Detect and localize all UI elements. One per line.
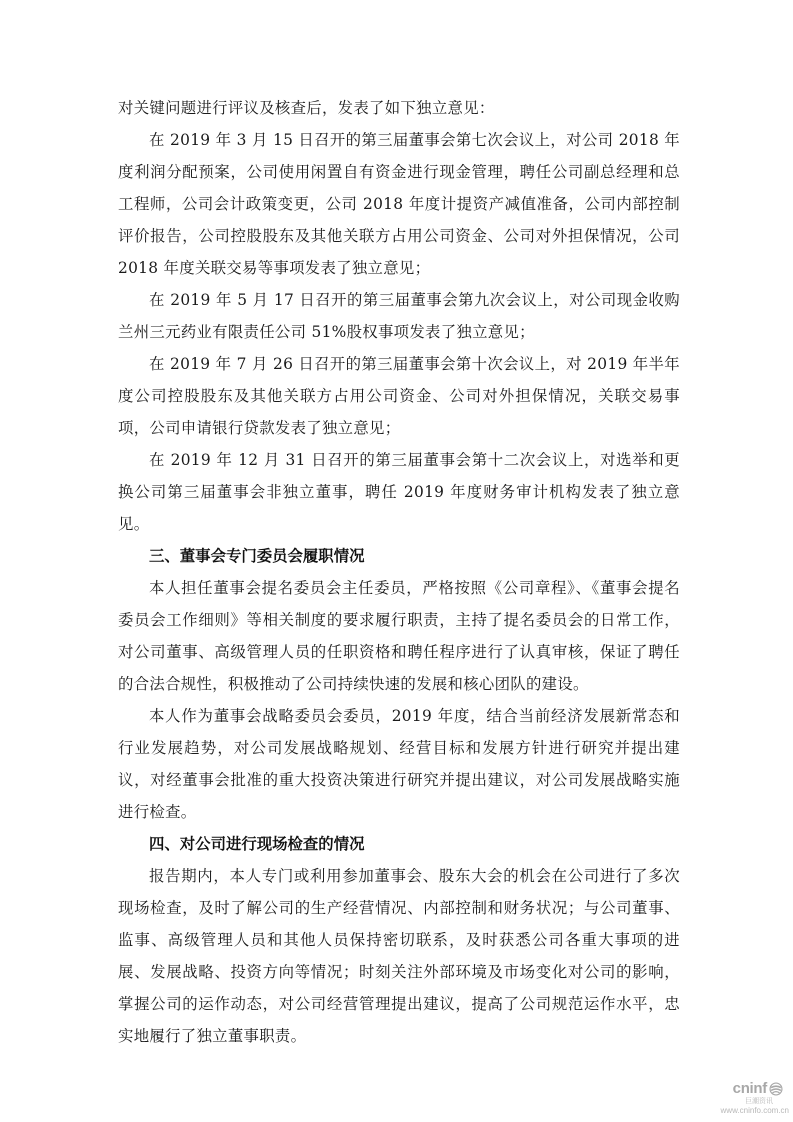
cninfo-swirl-icon	[769, 1082, 783, 1096]
watermark-chinese-name: 巨潮资讯	[709, 1097, 773, 1106]
paragraph-strategy-committee: 本人作为董事会战略委员会委员，2019 年度，结合当前经济发展新常态和行业发展趋…	[118, 700, 680, 828]
cninfo-watermark: cninf 巨潮资讯 www.cninfo.com.cn	[709, 1080, 789, 1116]
paragraph-meeting-march: 在 2019 年 3 月 15 日召开的第三届董事会第七次会议上，对公司 201…	[118, 124, 680, 284]
watermark-logo: cninf	[709, 1080, 783, 1097]
section-heading-onsite-inspection: 四、对公司进行现场检查的情况	[118, 828, 680, 860]
watermark-brand: cninf	[733, 1080, 767, 1097]
paragraph-meeting-july: 在 2019 年 7 月 26 日召开的第三届董事会第十次会议上，对 2019 …	[118, 348, 680, 444]
section-heading-committee: 三、董事会专门委员会履职情况	[118, 540, 680, 572]
paragraph-meeting-december: 在 2019 年 12 月 31 日召开的第三届董事会第十二次会议上，对选举和更…	[118, 444, 680, 540]
watermark-url: www.cninfo.com.cn	[709, 1106, 789, 1116]
document-page: 对关键问题进行评议及核查后，发表了如下独立意见： 在 2019 年 3 月 15…	[118, 92, 680, 1052]
paragraph-onsite-inspection: 报告期内，本人专门或利用参加董事会、股东大会的机会在公司进行了多次现场检查，及时…	[118, 860, 680, 1052]
paragraph-intro: 对关键问题进行评议及核查后，发表了如下独立意见：	[118, 92, 680, 124]
paragraph-nomination-committee: 本人担任董事会提名委员会主任委员，严格按照《公司章程》、《董事会提名委员会工作细…	[118, 572, 680, 700]
paragraph-meeting-may: 在 2019 年 5 月 17 日召开的第三届董事会第九次会议上，对公司现金收购…	[118, 284, 680, 348]
